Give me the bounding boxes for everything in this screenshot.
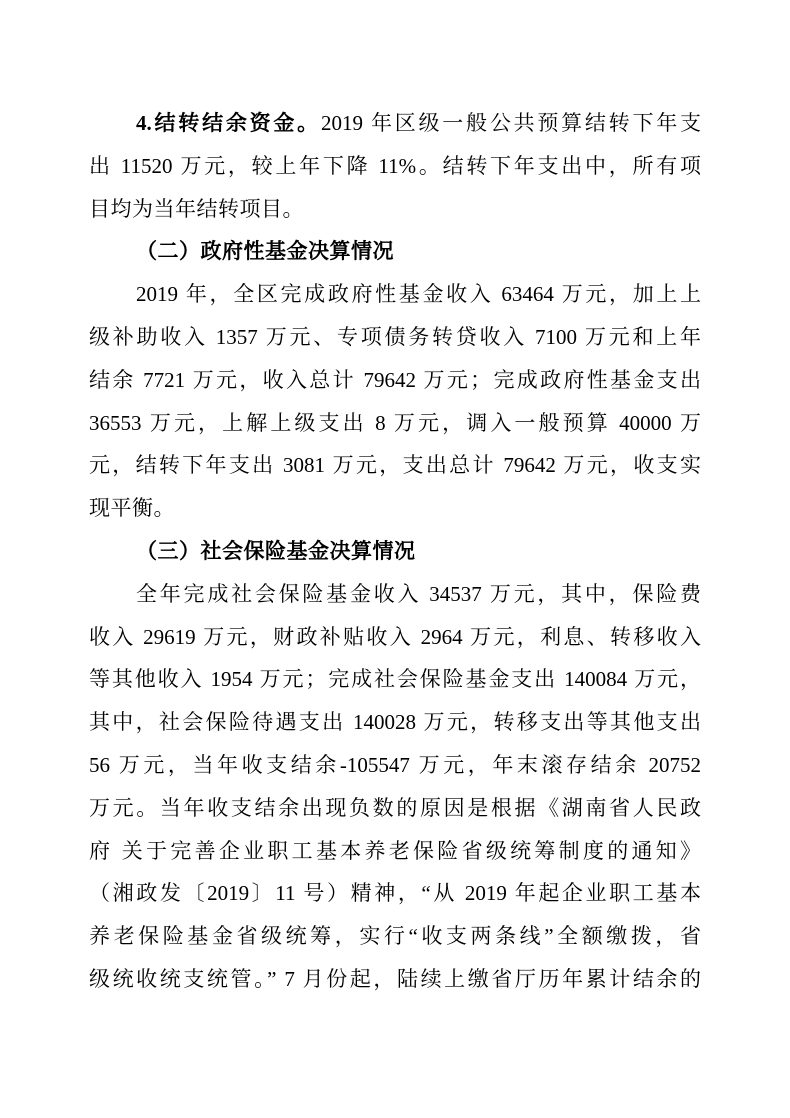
text-run: （二）政府性基金决算情况 — [136, 239, 394, 263]
text-run: 级统收统支统管。” 7 月份起，陆续上缴省厅历年累计结余的 — [89, 967, 701, 991]
gov-fund-line-4: 36553 万元，上解上级支出 8 万元，调入一般预算 40000 万 — [89, 402, 701, 445]
text-run: 2019 年，全区完成政府性基金收入 63464 万元，加上上 — [136, 282, 701, 306]
para4-line-1: 4.结转结余资金。2019 年区级一般公共预算结转下年支 — [89, 102, 701, 145]
text-run: 府 关于完善企业职工基本养老保险省级统筹制度的通知》 — [89, 839, 701, 863]
gov-fund-line-1: 2019 年，全区完成政府性基金收入 63464 万元，加上上 — [89, 273, 701, 316]
text-run: 56 万元，当年收支结余-105547 万元，年末滚存结余 20752 — [89, 753, 701, 777]
text-run: （湘政发〔2019〕11 号）精神，“从 2019 年起企业职工基本 — [89, 881, 701, 905]
text-run: 4.结转结余资金。 — [136, 111, 321, 135]
text-run: 全年完成社会保险基金收入 34537 万元，其中，保险费 — [136, 582, 701, 606]
social-line-8: （湘政发〔2019〕11 号）精神，“从 2019 年起企业职工基本 — [89, 872, 701, 915]
text-run: 元，结转下年支出 3081 万元，支出总计 79642 万元，收支实 — [89, 453, 701, 477]
social-line-10: 级统收统支统管。” 7 月份起，陆续上缴省厅历年累计结余的 — [89, 958, 701, 1001]
social-line-9: 养老保险基金省级统筹，实行“收支两条线”全额缴拨，省 — [89, 915, 701, 958]
text-run: 级补助收入 1357 万元、专项债务转贷收入 7100 万元和上年 — [89, 325, 701, 349]
document-page: 4.结转结余资金。2019 年区级一般公共预算结转下年支出 11520 万元，较… — [0, 0, 790, 1118]
social-line-4: 其中，社会保险待遇支出 140028 万元，转移支出等其他支出 — [89, 701, 701, 744]
text-run: 2019 年区级一般公共预算结转下年支 — [321, 111, 701, 135]
text-run: 等其他收入 1954 万元；完成社会保险基金支出 140084 万元， — [89, 667, 701, 691]
text-run: 目均为当年结转项目。 — [89, 197, 304, 221]
text-run: 万元。当年收支结余出现负数的原因是根据《湖南省人民政 — [89, 796, 701, 820]
text-run: 养老保险基金省级统筹，实行“收支两条线”全额缴拨，省 — [89, 924, 701, 948]
text-run: 出 11520 万元，较上年下降 11%。结转下年支出中，所有项 — [89, 154, 701, 178]
para4-line-3: 目均为当年结转项目。 — [89, 188, 701, 231]
text-run: 结余 7721 万元，收入总计 79642 万元；完成政府性基金支出 — [89, 368, 701, 392]
social-line-5: 56 万元，当年收支结余-105547 万元，年末滚存结余 20752 — [89, 744, 701, 787]
social-line-6: 万元。当年收支结余出现负数的原因是根据《湖南省人民政 — [89, 787, 701, 830]
para4-line-2: 出 11520 万元，较上年下降 11%。结转下年支出中，所有项 — [89, 145, 701, 188]
heading-section-2: （二）政府性基金决算情况 — [89, 230, 701, 273]
social-line-2: 收入 29619 万元，财政补贴收入 2964 万元，利息、转移收入 — [89, 616, 701, 659]
gov-fund-line-2: 级补助收入 1357 万元、专项债务转贷收入 7100 万元和上年 — [89, 316, 701, 359]
text-run: 现平衡。 — [89, 496, 175, 520]
text-run: 收入 29619 万元，财政补贴收入 2964 万元，利息、转移收入 — [89, 625, 701, 649]
gov-fund-line-6: 现平衡。 — [89, 487, 701, 530]
text-run: 36553 万元，上解上级支出 8 万元，调入一般预算 40000 万 — [89, 411, 701, 435]
social-line-7: 府 关于完善企业职工基本养老保险省级统筹制度的通知》 — [89, 830, 701, 873]
gov-fund-line-3: 结余 7721 万元，收入总计 79642 万元；完成政府性基金支出 — [89, 359, 701, 402]
gov-fund-line-5: 元，结转下年支出 3081 万元，支出总计 79642 万元，收支实 — [89, 444, 701, 487]
document-text-block: 4.结转结余资金。2019 年区级一般公共预算结转下年支出 11520 万元，较… — [89, 102, 701, 1001]
text-run: （三）社会保险基金决算情况 — [136, 539, 416, 563]
text-run: 其中，社会保险待遇支出 140028 万元，转移支出等其他支出 — [89, 710, 701, 734]
social-line-3: 等其他收入 1954 万元；完成社会保险基金支出 140084 万元， — [89, 658, 701, 701]
social-line-1: 全年完成社会保险基金收入 34537 万元，其中，保险费 — [89, 573, 701, 616]
heading-section-3: （三）社会保险基金决算情况 — [89, 530, 701, 573]
